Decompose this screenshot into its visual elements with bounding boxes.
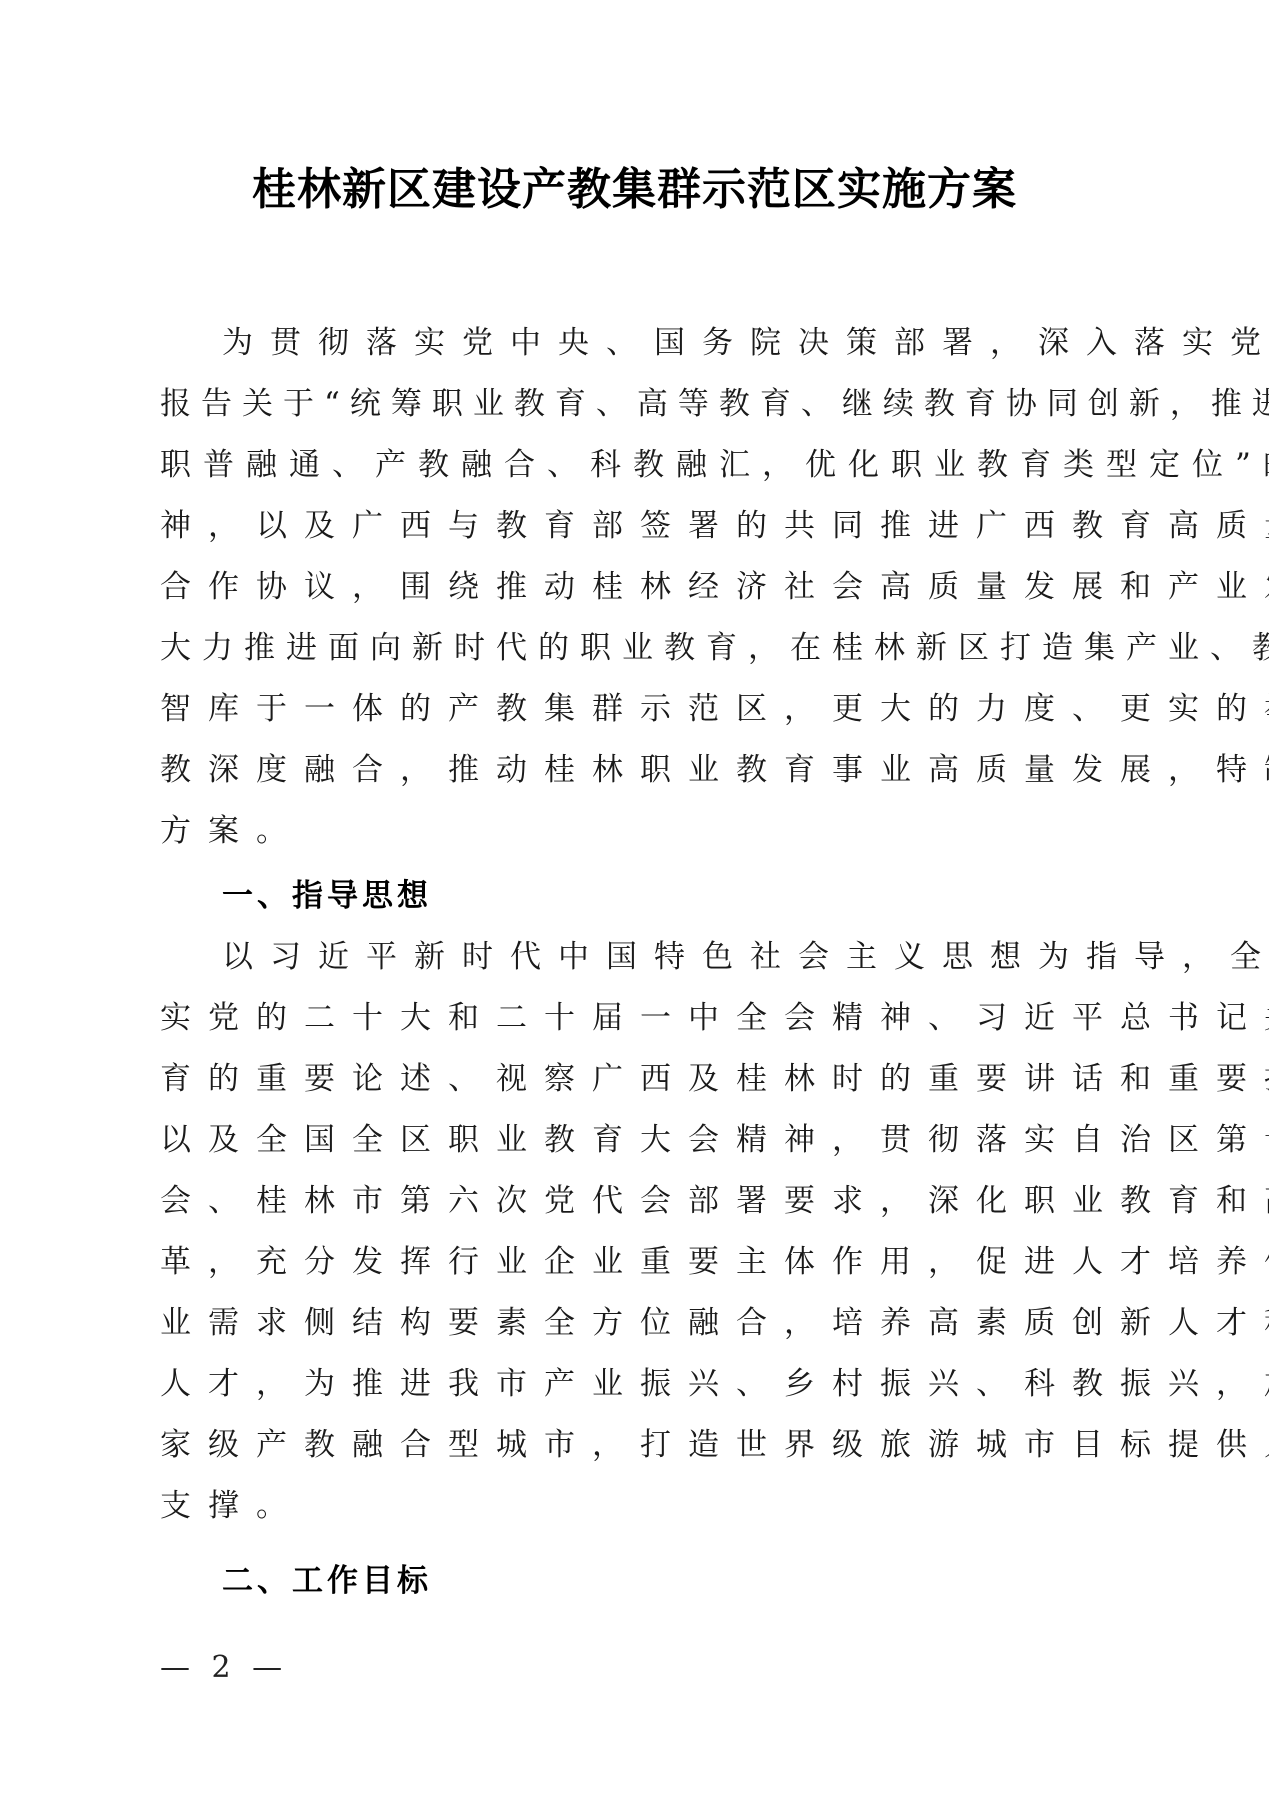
paragraph-line: 合作协议，围绕推动桂林经济社会高质量发展和产业发展需求， xyxy=(160,557,1112,618)
paragraph-line: 业需求侧结构要素全方位融合，培养高素质创新人才和技术技能 xyxy=(160,1293,1112,1354)
paragraph-line: 以及全国全区职业教育大会精神，贯彻落实自治区第十二次党代 xyxy=(160,1110,1112,1171)
paragraph-line: 职普融通、产教融合、科教融汇，优化职业教育类型定位”的精 xyxy=(160,435,1112,496)
section-heading-guiding-ideology: 一、指导思想 xyxy=(160,866,1112,927)
page-number: — 2 — xyxy=(160,1650,288,1685)
document-body: 为贯彻落实党中央、国务院决策部署，深入落实党的二十大 报告关于“统筹职业教育、高… xyxy=(160,313,1112,1612)
paragraph-line: 方案。 xyxy=(160,801,1112,862)
paragraph-line: 人才，为推进我市产业振兴、乡村振兴、科教振兴，加快建设国 xyxy=(160,1354,1112,1415)
paragraph-line: 革，充分发挥行业企业重要主体作用，促进人才培养供给侧和产 xyxy=(160,1232,1112,1293)
paragraph-line: 家级产教融合型城市，打造世界级旅游城市目标提供人才和技术 xyxy=(160,1415,1112,1476)
paragraph-line: 会、桂林市第六次党代会部署要求，深化职业教育和高等教育改 xyxy=(160,1171,1112,1232)
document-title: 桂林新区建设产教集群示范区实施方案 xyxy=(0,160,1269,220)
paragraph-line: 报告关于“统筹职业教育、高等教育、继续教育协同创新，推进 xyxy=(160,374,1112,435)
paragraph-line: 支撑。 xyxy=(160,1476,1112,1537)
paragraph-line: 育的重要论述、视察广西及桂林时的重要讲话和重要指示精神， xyxy=(160,1049,1112,1110)
paragraph-line: 智库于一体的产教集群示范区，更大的力度、更实的举措推进产 xyxy=(160,679,1112,740)
section-heading-work-goals: 二、工作目标 xyxy=(160,1551,1112,1612)
paragraph-line: 神，以及广西与教育部签署的共同推进广西教育高质量发展战略 xyxy=(160,496,1112,557)
paragraph-line: 为贯彻落实党中央、国务院决策部署，深入落实党的二十大 xyxy=(160,313,1112,374)
paragraph-line: 实党的二十大和二十届一中全会精神、习近平总书记关于职业教 xyxy=(160,988,1112,1049)
paragraph-line: 以习近平新时代中国特色社会主义思想为指导，全面贯彻落 xyxy=(160,927,1112,988)
paragraph-line: 教深度融合，推动桂林职业教育事业高质量发展，特制定本实施 xyxy=(160,740,1112,801)
paragraph-line: 大力推进面向新时代的职业教育，在桂林新区打造集产业、教育、 xyxy=(160,618,1112,679)
document-page: 桂林新区建设产教集群示范区实施方案 为贯彻落实党中央、国务院决策部署，深入落实党… xyxy=(0,0,1269,1795)
